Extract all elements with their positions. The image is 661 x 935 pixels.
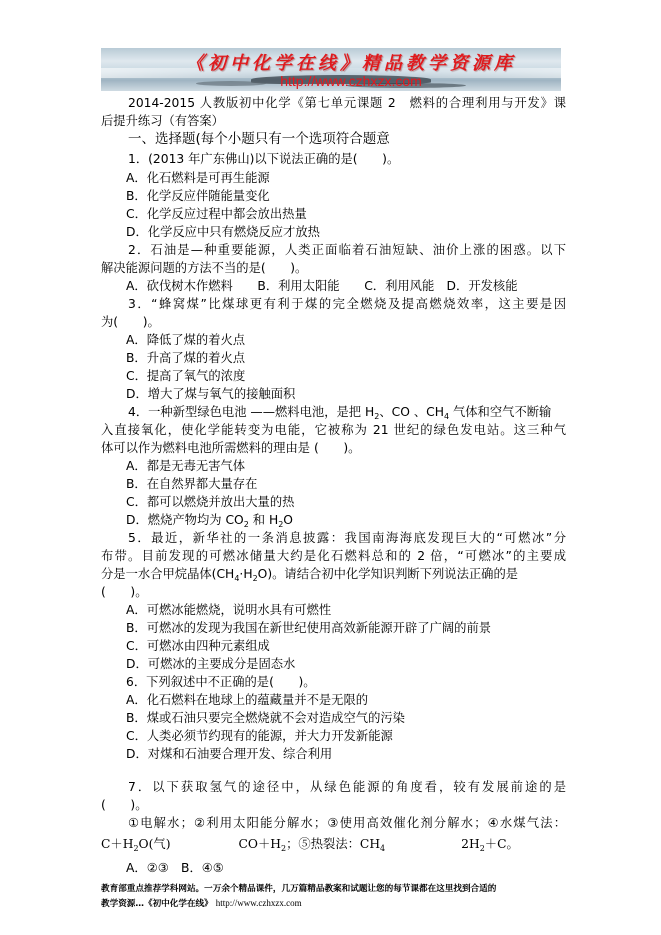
question-4-option-a: A．都是无毒无害气体	[126, 458, 245, 474]
question-5-stem-cont: ( )。	[101, 584, 148, 600]
question-4-stem-cont: 体可以作为燃料电池所需燃料的理由是 ( )。	[101, 440, 360, 456]
question-1-option-d: D．化学反应中只有燃烧反应才放热	[126, 224, 320, 240]
question-1-option-b: B．化学反应伴随能量变化	[126, 188, 270, 204]
question-6-option-a: A．化石燃料在地球上的蕴藏量并不是无限的	[126, 692, 368, 708]
question-4-option-b: B．在自然界都大量存在	[126, 476, 257, 492]
question-2-options: A．砍伐树木作燃料 B．利用太阳能 C．利用风能 D．开发核能	[126, 278, 518, 294]
question-5-stem-cont: 分是一水合甲烷晶体(CH4·H2O)。请结合初中化学知识判断下列说法正确的是	[101, 566, 518, 582]
question-7-methods: ①电解水；②利用太阳能分解水；③使用高效催化剂分解水；④水煤气法：	[128, 815, 566, 831]
question-5-option-c: C．可燃冰由四种元素组成	[126, 638, 270, 654]
section-heading: 一、选择题(每个小题只有一个选项符合题意	[128, 131, 390, 147]
question-3-option-a: A．降低了煤的着火点	[126, 332, 245, 348]
question-number: 1．	[128, 152, 148, 166]
question-1-option-c: C．化学反应过程中都会放出热量	[126, 206, 307, 222]
question-4-option-c: C．都可以燃烧并放出大量的热	[126, 494, 294, 510]
footer-promo-line1: 教育部重点推荐学科网站。一万余个精品课件，几万篇精品教案和试题让您的每节课都在这…	[101, 883, 496, 895]
question-6-option-d: D．对煤和石油要合理开发、综合利用	[126, 746, 332, 762]
question-6-option-c: C．人类必须节约现有的能源，并大力开发新能源	[126, 728, 393, 744]
question-5-option-b: B．可燃冰的发现为我国在新世纪使用高效新能源开辟了广阔的前景	[126, 620, 491, 636]
question-7-stem: 7．以下获取氢气的途径中，从绿色能源的角度看，较有发展前途的是	[128, 779, 566, 795]
question-1-stem: 1．(2013 年广东佛山)以下说法正确的是( )。	[128, 151, 399, 167]
question-2-stem-cont: 解决能源问题的方法不当的是( )。	[101, 260, 307, 276]
question-3-stem: 3．“蜂窝煤”比煤球更有利于煤的完全燃烧及提高燃烧效率，这主要是因	[128, 296, 566, 312]
question-4-option-d: D．燃烧产物均为 CO2 和 H2O	[126, 512, 293, 528]
question-5-option-d: D．可燃冰的主要成分是固态水	[126, 656, 295, 672]
question-3-option-b: B．升高了煤的着火点	[126, 350, 245, 366]
question-1-option-a: A．化石燃料是可再生能源	[126, 170, 270, 186]
question-6-option-b: B．煤或石油只要完全燃烧就不会对造成空气的污染	[126, 710, 405, 726]
question-3-option-d: D．增大了煤与氧气的接触面积	[126, 386, 295, 402]
question-5-option-a: A．可燃冰能燃烧，说明水具有可燃性	[126, 602, 331, 618]
question-5-stem: 5．最近，新华社的一条消息披露：我国南海海底发现巨大的“可燃冰”分	[128, 530, 566, 546]
banner-title: 《初中化学在线》精品教学资源库	[171, 49, 531, 75]
site-banner: 《初中化学在线》精品教学资源库 http://www.czhxzx.com	[101, 48, 561, 91]
question-3-option-c: C．提高了氧气的浓度	[126, 368, 245, 384]
footer-url-link[interactable]: http://www.czhxzx.com	[216, 898, 302, 908]
footer-promo-line2: 教学资源…《初中化学在线》 http://www.czhxzx.com	[101, 897, 302, 910]
question-3-stem-cont: 为( )。	[101, 314, 160, 330]
question-4-stem-cont: 入直接氧化，使化学能转变为电能，它被称为 21 世纪的绿色发电站。这三种气	[101, 422, 566, 438]
question-7-stem-cont: ( )。	[101, 797, 148, 813]
question-6-stem: 6．下列叙述中不正确的是( )。	[126, 674, 316, 690]
question-7-formula: C＋H2O(气)CO＋H2；⑤热裂法：CH42H2＋C。	[101, 836, 519, 852]
question-4-stem: 4．一种新型绿色电池 ——燃料电池，是把 H2、CO 、CH4 气体和空气不断输	[128, 404, 551, 420]
doc-title-line2: 后提升练习（有答案）	[101, 113, 224, 129]
doc-title-line1: 2014-2015 人教版初中化学《第七单元课题 2 燃料的合理利用与开发》课	[128, 95, 566, 111]
banner-url[interactable]: http://www.czhxzx.com	[251, 73, 451, 89]
question-5-stem-cont: 布带。目前发现的可燃冰储量大约是化石燃料总和的 2 倍，“可燃冰”的主要成	[101, 548, 566, 564]
question-2-stem: 2．石油是—种重要能源，人类正面临着石油短缺、油价上涨的困惑。以下	[128, 242, 566, 258]
question-7-options: A．②③ B．④⑤	[126, 860, 224, 876]
